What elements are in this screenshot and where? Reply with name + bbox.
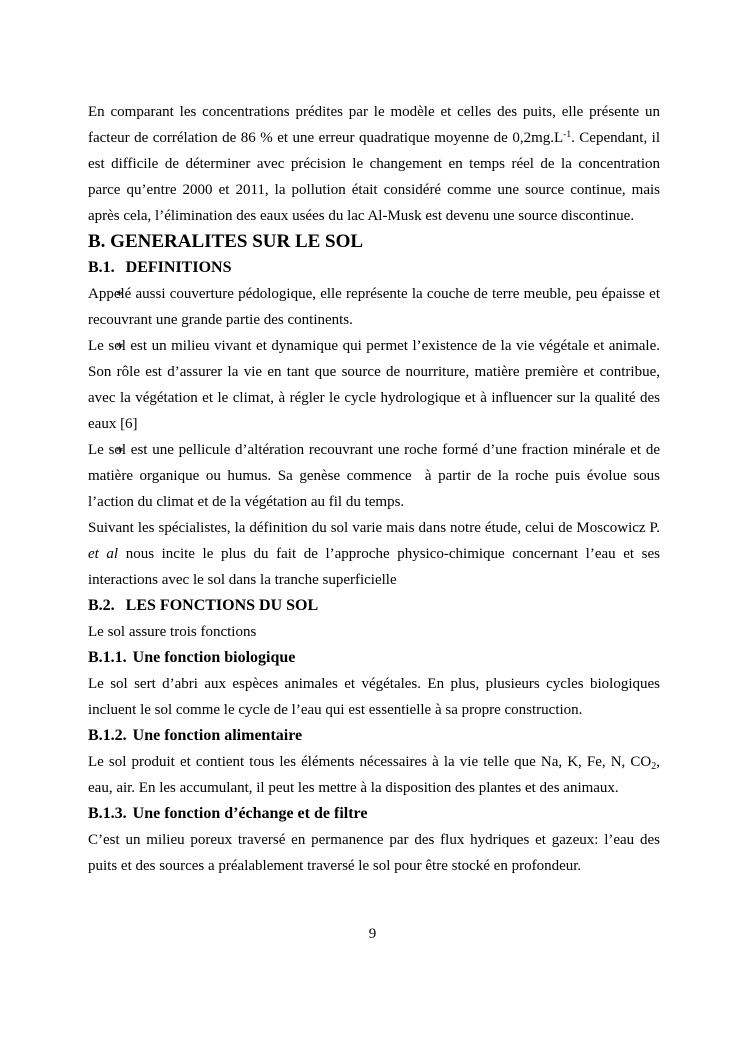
page-number: 9 xyxy=(0,921,745,947)
subsubsection-heading-biologique: B.1.1.Une fonction biologique xyxy=(88,645,660,671)
subsection-heading-fonctions: B.2.LES FONCTIONS DU SOL xyxy=(88,593,660,619)
subsubsection-heading-echange-filtre: B.1.3.Une fonction d’échange et de filtr… xyxy=(88,801,660,827)
heading-title: DEFINITIONS xyxy=(126,259,232,276)
heading-title: LES FONCTIONS DU SOL xyxy=(126,597,319,614)
heading-title: Une fonction alimentaire xyxy=(133,727,302,744)
specialists-paragraph: Suivant les spécialistes, la définition … xyxy=(88,515,660,593)
list-item-text: Le sol est une pellicule d’altération re… xyxy=(88,442,660,510)
fonctions-intro-paragraph: Le sol assure trois fonctions xyxy=(88,619,660,645)
list-item: * Le sol est une pellicule d’altération … xyxy=(88,437,660,515)
heading-number: B.1.3. xyxy=(88,805,127,822)
subsubsection-heading-alimentaire: B.1.2.Une fonction alimentaire xyxy=(88,723,660,749)
bullet-asterisk-icon: * xyxy=(116,439,124,465)
heading-number: B.1.2. xyxy=(88,727,127,744)
heading-title: Une fonction biologique xyxy=(133,649,296,666)
definitions-bullet-list: * Appelé aussi couverture pédologique, e… xyxy=(88,281,660,515)
heading-title: Une fonction d’échange et de filtre xyxy=(133,805,368,822)
heading-number: B.1.1. xyxy=(88,649,127,666)
heading-number: B.2. xyxy=(88,597,115,614)
list-item-text: Appelé aussi couverture pédologique, ell… xyxy=(88,286,660,328)
bullet-asterisk-icon: * xyxy=(116,283,124,309)
page-content: En comparant les concentrations prédites… xyxy=(88,99,660,879)
list-item: * Le sol est un milieu vivant et dynamiq… xyxy=(88,333,660,437)
alimentaire-paragraph: Le sol produit et contient tous les élém… xyxy=(88,749,660,801)
section-heading-generalites: B. GENERALITES SUR LE SOL xyxy=(88,229,660,255)
list-item-text: Le sol est un milieu vivant et dynamique… xyxy=(88,338,660,432)
document-page: En comparant les concentrations prédites… xyxy=(0,0,745,1053)
intro-paragraph: En comparant les concentrations prédites… xyxy=(88,99,660,229)
echange-filtre-paragraph: C’est un milieu poreux traversé en perma… xyxy=(88,827,660,879)
bullet-asterisk-icon: * xyxy=(116,335,124,361)
biologique-paragraph: Le sol sert d’abri aux espèces animales … xyxy=(88,671,660,723)
list-item: * Appelé aussi couverture pédologique, e… xyxy=(88,281,660,333)
subsection-heading-definitions: B.1.DEFINITIONS xyxy=(88,255,660,281)
heading-number: B.1. xyxy=(88,259,115,276)
